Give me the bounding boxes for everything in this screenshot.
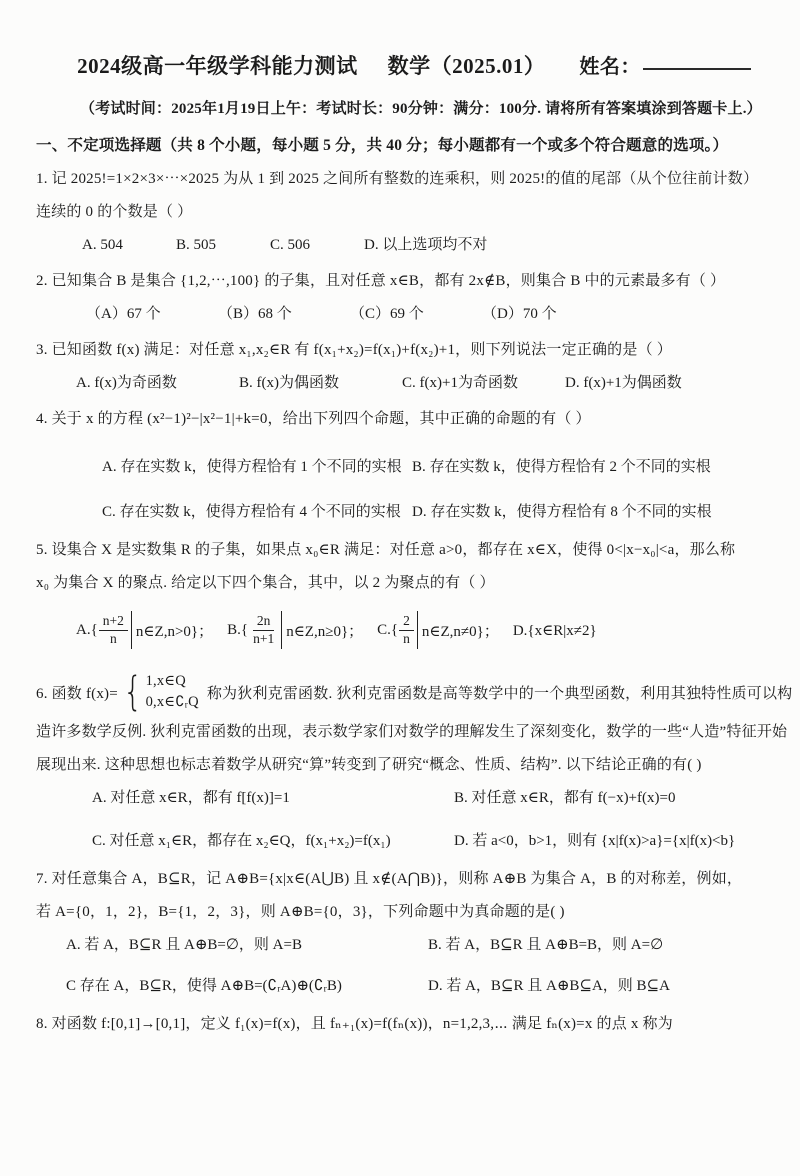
fraction-numerator: 2 <box>399 613 414 630</box>
name-blank-line <box>643 67 751 70</box>
option-a: A. 504 <box>82 234 176 256</box>
piecewise-cases: 1,x∈Q 0,x∈∁ᵣQ <box>146 671 199 713</box>
piecewise-case-2: 0,x∈∁ᵣQ <box>146 692 199 713</box>
question-7: 7. 对任意集合 A，B⊆R，记 A⊕B={x|x∈(A⋃B) 且 x∉(A⋂B… <box>36 868 772 997</box>
option-d: D. f(x)+1为偶函数 <box>565 372 728 394</box>
such-that-bar <box>281 611 282 649</box>
section-heading: 一、不定项选择题（共 8 个小题，每小题 5 分，共 40 分；每小题都有一个或… <box>36 133 772 155</box>
fraction: n+2 n <box>99 613 128 646</box>
exam-info: （考试时间：2025年1月19日上午：考试时长：90分钟：满分：100分. 请将… <box>80 97 772 118</box>
option-c: C. 对任意 x₁∈R，都存在 x₂∈Q，f(x₁+x₂)=f(x₁) <box>92 830 454 852</box>
question-line: 3. 已知函数 f(x) 满足：对任意 x₁,x₂∈R 有 f(x₁+x₂)=f… <box>36 339 772 361</box>
option-text: D.{x∈R|x≠2} <box>513 621 597 640</box>
question-line: 展现出来. 这种思想也标志着数学从研究“算”转变到了研究“概念、性质、结构”. … <box>36 754 772 776</box>
fraction: 2n n+1 <box>249 613 278 646</box>
question-line: 7. 对任意集合 A，B⊆R，记 A⊕B={x|x∈(A⋃B) 且 x∉(A⋂B… <box>36 868 772 890</box>
question-8: 8. 对函数 f:[0,1]→[0,1]，定义 f₁(x)=f(x)，且 fₙ₊… <box>36 1013 772 1035</box>
piecewise-brace: { <box>123 672 142 712</box>
question-line: 造许多数学反例. 狄利克雷函数的出现，表示数学家们对数学的理解发生了深刻变化，数… <box>36 721 772 743</box>
fraction: 2 n <box>399 613 414 646</box>
option-c: （C）69 个 <box>350 303 482 325</box>
option-condition: n∈Z,n>0}； <box>136 620 213 641</box>
question-line-with-formula: 6. 函数 f(x)= { 1,x∈Q 0,x∈∁ᵣQ 称为狄利克雷函数. 狄利… <box>36 671 772 713</box>
question-line: 8. 对函数 f:[0,1]→[0,1]，定义 f₁(x)=f(x)，且 fₙ₊… <box>36 1013 772 1035</box>
option-a: A. 存在实数 k，使得方程恰有 1 个不同的实根 <box>102 456 412 478</box>
option-prefix: B.{ <box>227 622 248 639</box>
exam-paper: 2024级高一年级学科能力测试 数学（2025.01） 姓名： （考试时间：20… <box>0 0 800 1176</box>
option-d: D. 以上选项均不对 <box>364 234 458 256</box>
fraction-denominator: n <box>106 631 121 647</box>
option-d: （D）70 个 <box>482 303 614 325</box>
option-prefix: C.{ <box>377 622 398 639</box>
piecewise-case-1: 1,x∈Q <box>146 671 199 692</box>
subject-title: 数学（2025.01） <box>388 50 546 80</box>
option-c: C. 506 <box>270 234 364 256</box>
option-b: B.{ 2n n+1 n∈Z,n≥0}； <box>227 611 363 649</box>
options-row: A. f(x)为奇函数 B. f(x)为偶函数 C. f(x)+1为奇函数 D.… <box>36 372 772 394</box>
option-a: A. 若 A，B⊆R 且 A⊕B=∅，则 A=B <box>66 934 428 956</box>
option-a: （A）67 个 <box>86 303 218 325</box>
question-line: 4. 关于 x 的方程 (x²−1)²−|x²−1|+k=0，给出下列四个命题，… <box>36 408 772 430</box>
options-row: （A）67 个 （B）68 个 （C）69 个 （D）70 个 <box>36 303 772 325</box>
option-b: B. f(x)为偶函数 <box>239 372 402 394</box>
fraction-numerator: n+2 <box>99 613 128 630</box>
option-prefix: A.{ <box>76 622 98 639</box>
option-c: C 存在 A，B⊆R，使得 A⊕B=(∁ᵣA)⊕(∁ᵣB) <box>66 975 428 997</box>
question-4: 4. 关于 x 的方程 (x²−1)²−|x²−1|+k=0，给出下列四个命题，… <box>36 408 772 523</box>
question-2: 2. 已知集合 B 是集合 {1,2,⋯,100} 的子集，且对任意 x∈B，都… <box>36 270 772 325</box>
question-line: 1. 记 2025!=1×2×3×⋯×2025 为从 1 到 2025 之间所有… <box>36 168 772 190</box>
such-that-bar <box>417 611 418 649</box>
fraction-denominator: n+1 <box>249 631 278 647</box>
options-grid: A. 对任意 x∈R，都有 f[f(x)]=1 B. 对任意 x∈R，都有 f(… <box>36 787 772 852</box>
option-b: B. 若 A，B⊆R 且 A⊕B=B，则 A=∅ <box>428 934 772 956</box>
question-3: 3. 已知函数 f(x) 满足：对任意 x₁,x₂∈R 有 f(x₁+x₂)=f… <box>36 339 772 394</box>
option-d: D.{x∈R|x≠2} <box>513 621 597 640</box>
option-a: A.{ n+2 n n∈Z,n>0}； <box>76 611 213 649</box>
question-1: 1. 记 2025!=1×2×3×⋯×2025 为从 1 到 2025 之间所有… <box>36 168 772 256</box>
option-d: D. 存在实数 k，使得方程恰有 8 个不同的实根 <box>412 501 772 523</box>
question-5: 5. 设集合 X 是实数集 R 的子集，如果点 x₀∈R 满足：对任意 a>0，… <box>36 539 772 655</box>
exam-header: 2024级高一年级学科能力测试 数学（2025.01） 姓名： <box>56 50 772 80</box>
question-text: 称为狄利克雷函数. 狄利克雷函数是高等数学中的一个典型函数，利用其独特性质可以构 <box>207 682 793 703</box>
such-that-bar <box>131 611 132 649</box>
option-b: （B）68 个 <box>218 303 350 325</box>
question-line: x₀ 为集合 X 的聚点. 给定以下四个集合，其中，以 2 为聚点的有（ ） <box>36 572 772 594</box>
options-row: A. 504 B. 505 C. 506 D. 以上选项均不对 <box>36 234 772 256</box>
options-grid: A. 若 A，B⊆R 且 A⊕B=∅，则 A=B B. 若 A，B⊆R 且 A⊕… <box>36 934 772 997</box>
option-c: C. 存在实数 k，使得方程恰有 4 个不同的实根 <box>102 501 412 523</box>
question-6: 6. 函数 f(x)= { 1,x∈Q 0,x∈∁ᵣQ 称为狄利克雷函数. 狄利… <box>36 671 772 852</box>
question-intro: 6. 函数 f(x)= <box>36 682 118 703</box>
question-line: 2. 已知集合 B 是集合 {1,2,⋯,100} 的子集，且对任意 x∈B，都… <box>36 270 772 292</box>
option-b: B. 存在实数 k，使得方程恰有 2 个不同的实根 <box>412 456 772 478</box>
question-line: 若 A={0，1，2}，B={1，2，3}，则 A⊕B={0，3}，下列命题中为… <box>36 901 772 923</box>
option-condition: n∈Z,n≥0}； <box>286 620 363 641</box>
option-b: B. 对任意 x∈R，都有 f(−x)+f(x)=0 <box>454 787 772 809</box>
option-a: A. f(x)为奇函数 <box>76 372 239 394</box>
option-d: D. 若 A，B⊆R 且 A⊕B⊆A，则 B⊆A <box>428 975 772 997</box>
fraction-denominator: n <box>399 631 414 647</box>
name-label: 姓名： <box>579 50 641 79</box>
option-c: C.{ 2 n n∈Z,n≠0}； <box>377 611 499 649</box>
fraction-numerator: 2n <box>253 613 275 630</box>
option-b: B. 505 <box>176 234 270 256</box>
exam-title: 2024级高一年级学科能力测试 <box>77 50 358 80</box>
options-row: A.{ n+2 n n∈Z,n>0}； B.{ 2n n+1 n∈Z,n≥0}；… <box>36 605 772 655</box>
option-d: D. 若 a<0，b>1，则有 {x|f(x)>a}={x|f(x)<b} <box>454 830 772 852</box>
question-line: 5. 设集合 X 是实数集 R 的子集，如果点 x₀∈R 满足：对任意 a>0，… <box>36 539 772 561</box>
option-condition: n∈Z,n≠0}； <box>422 620 499 641</box>
question-line: 连续的 0 的个数是（ ） <box>36 201 772 223</box>
options-grid: A. 存在实数 k，使得方程恰有 1 个不同的实根 B. 存在实数 k，使得方程… <box>36 456 772 523</box>
option-a: A. 对任意 x∈R，都有 f[f(x)]=1 <box>92 787 454 809</box>
option-c: C. f(x)+1为奇函数 <box>402 372 565 394</box>
